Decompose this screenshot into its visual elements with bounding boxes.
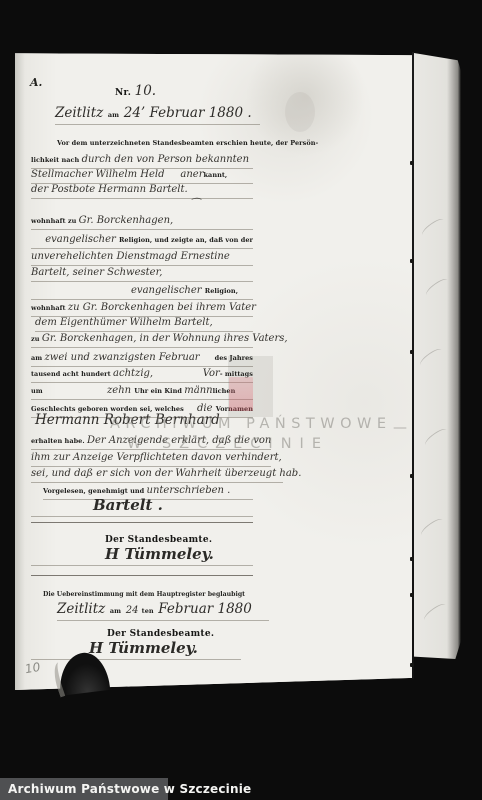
- printed-form-text: Nr.: [115, 87, 135, 100]
- stitch-dot: [410, 474, 414, 478]
- handwritten-text: durch den von Person bekannten: [82, 152, 249, 167]
- handwritten-text: evangelischer: [45, 232, 119, 247]
- handwritten-text: Bartelt, seiner Schwester,: [31, 265, 162, 280]
- printed-form-text: erhalten habe.: [31, 436, 87, 446]
- handwritten-text: Februar 1880: [158, 601, 252, 619]
- handwritten-text: zwei und zwanzigsten: [45, 350, 159, 365]
- bleedthrough-stroke: [420, 216, 446, 239]
- document-page: A.Nr. 10.Zeitlitz am 24’ Februar 1880 .V…: [15, 52, 413, 690]
- form-text: zu Gr. Borckenhagen, in der Wohnung ihre…: [31, 331, 253, 348]
- handwritten-text: sei, und daß er sich von der Wahrheit üb…: [31, 466, 301, 481]
- archive-footer-bar: Archiwum Państwowe w Szczecinie: [0, 778, 168, 800]
- form-text: unverehelichten Dienstmagd Ernestine: [31, 249, 253, 266]
- printed-form-text: kannt,: [204, 170, 228, 180]
- margin-page-number: 10: [24, 660, 41, 676]
- handwritten-text: Bartelt .: [93, 496, 163, 515]
- printed-form-text: wohnhaft zu: [31, 216, 79, 226]
- separator-squiggle: ⁀: [190, 199, 199, 210]
- bleedthrough-stroke: [422, 601, 448, 624]
- handwritten-text: Zeitlitz: [55, 105, 103, 123]
- adjacent-page-edge: [414, 53, 461, 659]
- handwritten-text: 10.: [135, 83, 156, 101]
- printed-form-text: zu: [31, 334, 42, 344]
- certification-date-line: Zeitlitz am 24 ten Februar 1880: [57, 601, 269, 621]
- printed-form-text: wohnhaft: [31, 303, 68, 313]
- printed-form-text: tausend acht hundert: [31, 369, 113, 379]
- stitch-dot: [410, 557, 414, 561]
- form-text: der Postbote Hermann Bartelt.: [31, 182, 253, 199]
- handwritten-text: männ: [184, 383, 212, 398]
- form-text: um zehn Uhr ein Kind männlichen: [31, 383, 253, 400]
- form-text: ihm zur Anzeige Verpflichteten davon ver…: [31, 450, 271, 467]
- handwritten-text: Gr. Borckenhagen,: [79, 213, 174, 228]
- handwritten-text: zehn: [107, 383, 134, 398]
- form-text: evangelischer Religion, und zeigte an, d…: [31, 232, 253, 249]
- handwritten-text: Gr. Borckenhagen, in der Wohnung ihres V…: [42, 331, 288, 346]
- stitch-dot: [410, 663, 414, 667]
- bleedthrough-stroke: [423, 426, 449, 449]
- archive-footer-label: Archiwum Państwowe w Szczecinie: [0, 782, 251, 796]
- signature-huemmeley: H Tümmeley.: [31, 545, 253, 566]
- bleedthrough-stroke: [418, 346, 444, 369]
- watermark-dash: —: [393, 420, 407, 436]
- printed-form-text: am: [103, 110, 123, 120]
- handwritten-text: 24’ Februar 1880 .: [124, 105, 252, 123]
- red-stamp: [229, 377, 253, 411]
- signature-huemmeley: H Tümmeley.: [31, 639, 241, 660]
- record-number-line: Nr. 10.: [115, 83, 156, 101]
- handwritten-text: ⁀: [190, 199, 199, 210]
- printed-form-text: am: [105, 606, 125, 616]
- handwritten-text: zu Gr. Borckenhagen bei ihrem Vater: [68, 300, 256, 315]
- handwritten-text: der Postbote Hermann Bartelt.: [31, 182, 188, 197]
- watermark-line1: ARCHIWUM PAŃSTWOWE: [110, 416, 392, 432]
- signature-bartelt: Bartelt .: [31, 496, 253, 517]
- handwritten-text: 24: [126, 603, 142, 618]
- handwritten-text: Vor: [203, 366, 220, 381]
- certification-line: Die Uebereinstimmung mit dem Hauptregist…: [43, 590, 245, 600]
- handwritten-text: evangelischer: [131, 283, 205, 298]
- printed-form-text: Religion, und zeigte an, daß von der: [119, 235, 253, 245]
- bleedthrough-stroke: [424, 276, 450, 299]
- stitch-dot: [410, 161, 414, 165]
- handwritten-text: Zeitlitz: [57, 601, 105, 619]
- handwritten-text: unverehelichten Dienstmagd Ernestine: [31, 249, 230, 264]
- printed-form-text: Vor dem unterzeichneten Standesbeamten e…: [57, 138, 318, 148]
- date-line: Zeitlitz am 24’ Februar 1880 .: [55, 105, 260, 125]
- printed-form-text: A.: [30, 76, 42, 89]
- archival-scan-viewport: A.Nr. 10.Zeitlitz am 24’ Februar 1880 .V…: [0, 0, 482, 800]
- stitch-dot: [410, 350, 414, 354]
- printed-form-text: am: [31, 353, 45, 363]
- bleedthrough-stroke: [419, 516, 445, 539]
- handwritten-text: Februar: [159, 350, 200, 365]
- form-text: sei, und daß er sich von der Wahrheit üb…: [31, 466, 283, 483]
- form-text: dem Eigenthümer Wilhelm Bartelt,: [35, 315, 253, 332]
- printed-form-text: ten: [142, 606, 159, 616]
- printed-form-text: Uhr ein Kind: [134, 386, 184, 396]
- binding-fold-line: [412, 52, 414, 679]
- printed-form-text: lichkeit nach: [31, 155, 82, 165]
- handwritten-text: achtzig,: [113, 366, 153, 381]
- divider-rule: [31, 575, 253, 576]
- watermark-line2: W SZCZECINIE: [127, 436, 329, 452]
- form-text: Bartelt, seiner Schwester,: [31, 265, 253, 282]
- handwritten-text: Stellmacher Wilhelm Held aner: [31, 167, 204, 182]
- form-text: evangelischer Religion,: [31, 283, 253, 300]
- stitch-dot: [410, 259, 414, 263]
- handwritten-text: dem Eigenthümer Wilhelm Bartelt,: [35, 315, 213, 330]
- form-text: tausend acht hundert achtzig,Vor- mittag…: [31, 366, 253, 383]
- printed-form-text: Vorgelesen, genehmigt und: [43, 486, 147, 496]
- form-letter: A.: [30, 76, 42, 89]
- paper-smudge: [285, 92, 315, 132]
- handwritten-text: H Tümmeley.: [105, 545, 214, 564]
- handwritten-text: H Tümmeley.: [89, 639, 198, 658]
- printed-form-text: Die Uebereinstimmung mit dem Hauptregist…: [43, 590, 245, 600]
- printed-form-text: um: [31, 386, 45, 396]
- form-text: wohnhaft zu Gr. Borckenhagen,: [31, 213, 253, 230]
- printed-form-text: Religion,: [205, 286, 238, 296]
- form-text: am zwei und zwanzigsten Februardes Jahre…: [31, 350, 253, 367]
- form-text: Vor dem unterzeichneten Standesbeamten e…: [57, 138, 262, 148]
- stitch-dot: [410, 593, 414, 597]
- divider-rule: [31, 522, 253, 523]
- handwritten-text: ihm zur Anzeige Verpflichteten davon ver…: [31, 450, 282, 465]
